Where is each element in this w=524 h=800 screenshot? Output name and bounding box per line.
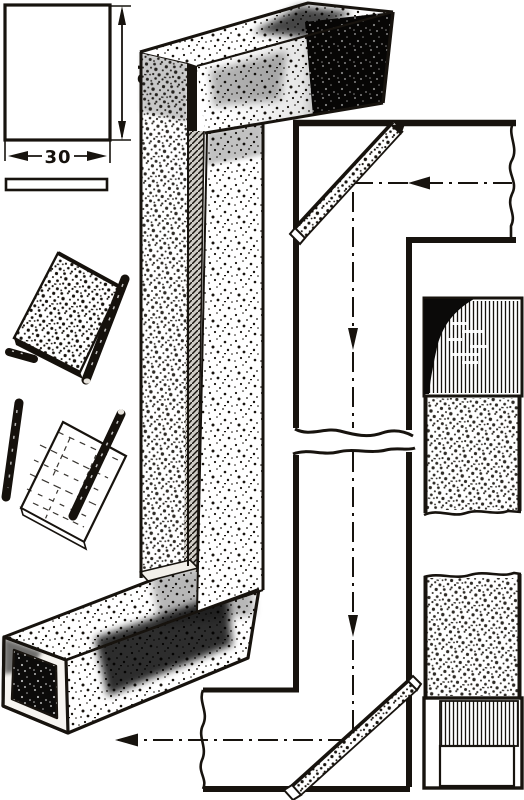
plate-dowel-detail-bottom <box>6 403 126 549</box>
dimension-arrow-up-icon <box>118 6 126 25</box>
dimension-arrow-down-icon <box>118 121 126 140</box>
down-arrow-upper-icon <box>348 328 358 350</box>
frame-assembly-drawing: 40 30 <box>0 0 524 800</box>
section-outline <box>5 5 110 140</box>
insertion-arrow-left-top-icon <box>408 177 430 190</box>
stippled-post-surface <box>424 396 521 698</box>
illustration-page: 40 30 <box>0 0 524 800</box>
dimension-arrow-left-icon <box>8 151 28 161</box>
width-dimension: 30 <box>8 147 107 168</box>
break-line <box>424 573 521 577</box>
break-edge-top-right <box>510 123 514 239</box>
dowel-end-cap <box>84 378 91 383</box>
width-dimension-label: 30 <box>44 147 71 168</box>
post-surface-details <box>424 298 522 788</box>
break-line-upper <box>295 429 413 436</box>
dimension-arrow-right-icon <box>87 151 107 161</box>
cross-section-dimension-drawing: 40 30 <box>5 5 154 190</box>
insertion-arrow-left-bottom-icon <box>115 734 138 747</box>
diagonal-brace-top <box>290 122 405 244</box>
plate-dowel-detail-top <box>9 253 125 384</box>
down-arrow-lower-icon <box>348 615 358 637</box>
blank-panel <box>440 746 514 786</box>
thin-lath-profile <box>6 179 107 190</box>
break-line <box>424 511 521 515</box>
dowel-end-cap <box>118 409 124 414</box>
inner-corner-shadow <box>189 62 197 132</box>
texture-inset-bottom <box>424 698 522 788</box>
texture-inset-top <box>424 298 522 396</box>
